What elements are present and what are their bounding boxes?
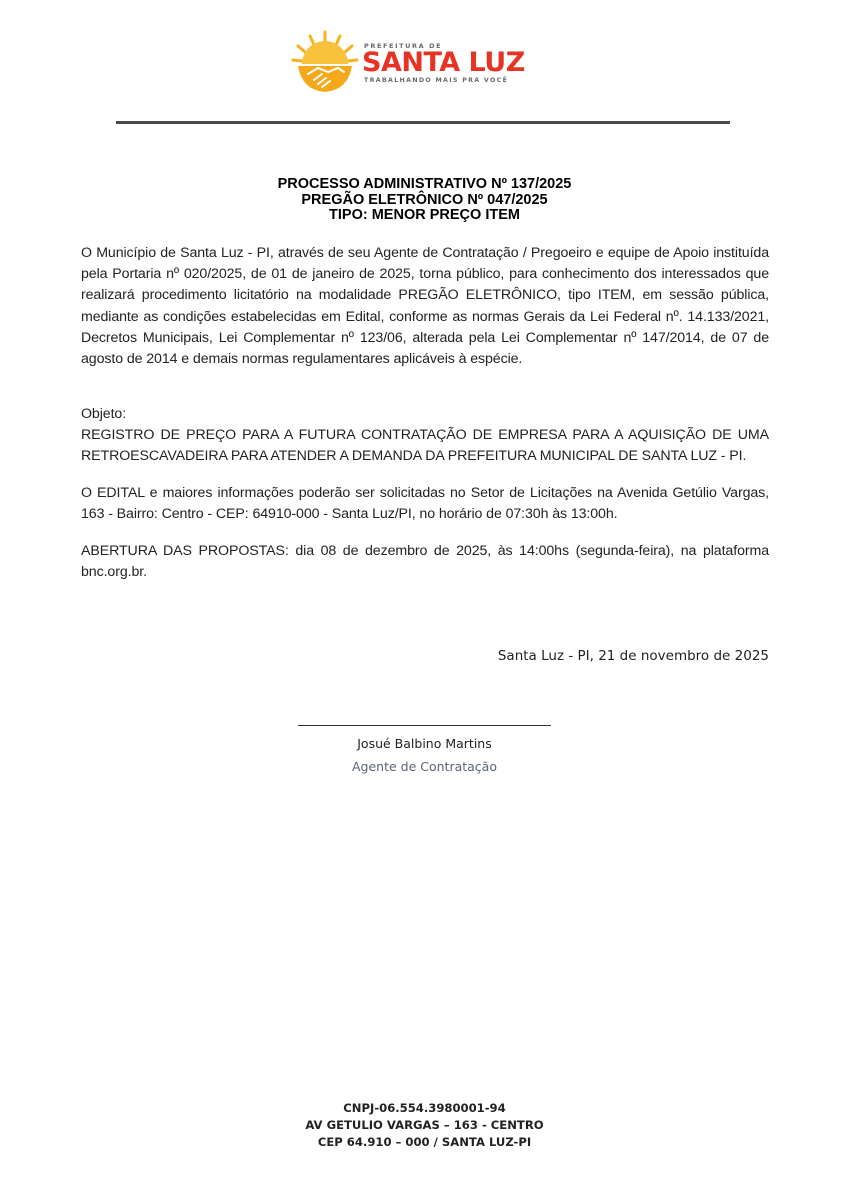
title-type: TIPO: MENOR PREÇO ITEM [0,208,849,224]
place-date: Santa Luz - PI, 21 de novembro de 2025 [498,648,769,664]
municipality-logo: PREFEITURA DE SANTA LUZ TRABALHANDO MAIS… [290,28,560,98]
object-text: REGISTRO DE PREÇO PARA A FUTURA CONTRATA… [81,425,769,467]
title-process-number: PROCESSO ADMINISTRATIVO Nº 137/2025 [0,177,849,193]
footer-street: AV GETULIO VARGAS – 163 - CENTRO [0,1117,849,1134]
footer-cnpj: CNPJ-06.554.3980001-94 [0,1100,849,1117]
title-auction-number: PREGÃO ELETRÔNICO Nº 047/2025 [0,193,849,209]
logo-name: SANTA LUZ [362,50,562,76]
header-divider [116,121,730,124]
intro-paragraph: O Município de Santa Luz - PI, através d… [81,243,769,370]
intro-text: O Município de Santa Luz - PI, através d… [81,243,769,370]
edital-info-text: O EDITAL e maiores informações poderão s… [81,483,769,525]
signer-name: Josué Balbino Martins [298,736,551,751]
document-title: PROCESSO ADMINISTRATIVO Nº 137/2025 PREG… [0,177,849,224]
signer-role: Agente de Contratação [298,759,551,774]
signature-line [298,725,551,726]
opening-paragraph: ABERTURA DAS PROPOSTAS: dia 08 de dezemb… [81,541,769,583]
object-section: Objeto: REGISTRO DE PREÇO PARA A FUTURA … [81,404,769,468]
sun-handshake-icon [290,28,360,96]
logo-slogan: TRABALHANDO MAIS PRA VOCÊ [364,77,562,84]
footer-address: CNPJ-06.554.3980001-94 AV GETULIO VARGAS… [0,1100,849,1151]
opening-text: ABERTURA DAS PROPOSTAS: dia 08 de dezemb… [81,541,769,583]
object-label: Objeto: [81,404,769,425]
footer-cep: CEP 64.910 – 000 / SANTA LUZ-PI [0,1134,849,1151]
edital-info-paragraph: O EDITAL e maiores informações poderão s… [81,483,769,525]
